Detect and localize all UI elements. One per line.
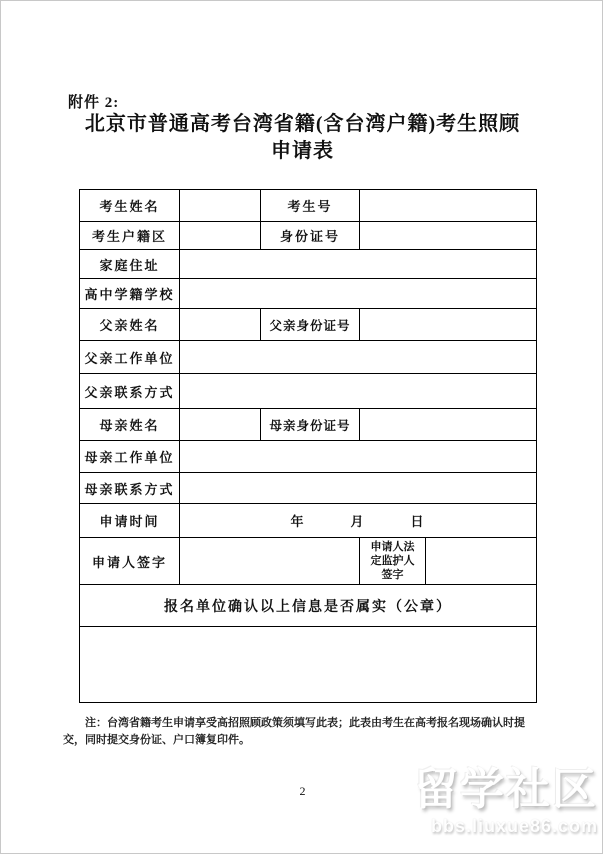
field-label-applicant-signature: 申请人签字 xyxy=(80,538,180,585)
table-row-signatures: 申请人签字 申请人法定监护人签字 xyxy=(80,538,537,585)
field-value-application-date: 年 月 日 xyxy=(180,504,537,538)
field-value-household-district xyxy=(180,222,261,250)
document-page: 附件 2: 北京市普通高考台湾省籍(含台湾户籍)考生照顾 申请表 考生姓名 考生… xyxy=(0,0,603,854)
watermark-site-url: bbs.liuxue86.com xyxy=(414,816,598,836)
field-value-guardian-signature xyxy=(426,538,537,585)
field-value-applicant-signature xyxy=(180,538,360,585)
field-label-high-school: 高中学籍学校 xyxy=(80,279,180,309)
table-row-mother-contact: 母亲联系方式 xyxy=(80,473,537,504)
field-value-id-number xyxy=(360,222,537,250)
watermark: 留学社区 bbs.liuxue86.com xyxy=(414,765,598,836)
table-row-mother-name: 母亲姓名 母亲身份证号 xyxy=(80,409,537,441)
attachment-label: 附件 2: xyxy=(68,91,119,112)
table-row-father-name: 父亲姓名 父亲身份证号 xyxy=(80,309,537,341)
application-form-table: 考生姓名 考生号 考生户籍区 身份证号 家庭住址 高中学籍学校 父亲姓名 xyxy=(79,189,537,703)
table-row-mother-employer: 母亲工作单位 xyxy=(80,441,537,473)
field-label-household-district: 考生户籍区 xyxy=(80,222,180,250)
form-title: 北京市普通高考台湾省籍(含台湾户籍)考生照顾 申请表 xyxy=(1,111,603,165)
field-label-mother-id: 母亲身份证号 xyxy=(261,409,360,441)
field-value-student-id xyxy=(360,190,537,222)
table-row-high-school: 高中学籍学校 xyxy=(80,279,537,309)
field-label-father-id: 父亲身份证号 xyxy=(261,309,360,341)
table-row-application-date: 申请时间 年 月 日 xyxy=(80,504,537,538)
table-row-stamp-area xyxy=(80,627,537,703)
field-label-home-address: 家庭住址 xyxy=(80,250,180,279)
table-row-father-contact: 父亲联系方式 xyxy=(80,374,537,409)
confirmation-statement: 报名单位确认以上信息是否属实（公章） xyxy=(80,585,537,627)
field-value-father-id xyxy=(360,309,537,341)
field-value-mother-id xyxy=(360,409,537,441)
field-label-father-employer: 父亲工作单位 xyxy=(80,341,180,374)
form-title-line2: 申请表 xyxy=(1,138,603,165)
field-label-guardian-signature: 申请人法定监护人签字 xyxy=(360,538,426,585)
table-row-household-district: 考生户籍区 身份证号 xyxy=(80,222,537,250)
field-label-mother-name: 母亲姓名 xyxy=(80,409,180,441)
field-value-high-school xyxy=(180,279,537,309)
stamp-area xyxy=(80,627,537,703)
field-value-father-name xyxy=(180,309,261,341)
footnote-text: 注：台湾省籍考生申请享受高招照顾政策须填写此表；此表由考生在高考报名现场确认时提… xyxy=(63,715,542,749)
table-row-home-address: 家庭住址 xyxy=(80,250,537,279)
field-label-student-id: 考生号 xyxy=(261,190,360,222)
field-value-home-address xyxy=(180,250,537,279)
field-label-mother-contact: 母亲联系方式 xyxy=(80,473,180,504)
table-row-confirmation: 报名单位确认以上信息是否属实（公章） xyxy=(80,585,537,627)
field-value-mother-employer xyxy=(180,441,537,473)
field-value-student-name xyxy=(180,190,261,222)
field-label-mother-employer: 母亲工作单位 xyxy=(80,441,180,473)
field-value-mother-name xyxy=(180,409,261,441)
field-label-id-number: 身份证号 xyxy=(261,222,360,250)
page-number: 2 xyxy=(1,784,603,799)
field-label-application-date: 申请时间 xyxy=(80,504,180,538)
field-value-father-contact xyxy=(180,374,537,409)
form-title-line1: 北京市普通高考台湾省籍(含台湾户籍)考生照顾 xyxy=(1,111,603,138)
field-label-father-contact: 父亲联系方式 xyxy=(80,374,180,409)
field-value-mother-contact xyxy=(180,473,537,504)
field-label-father-name: 父亲姓名 xyxy=(80,309,180,341)
table-row-student-name: 考生姓名 考生号 xyxy=(80,190,537,222)
field-value-father-employer xyxy=(180,341,537,374)
field-label-student-name: 考生姓名 xyxy=(80,190,180,222)
table-row-father-employer: 父亲工作单位 xyxy=(80,341,537,374)
